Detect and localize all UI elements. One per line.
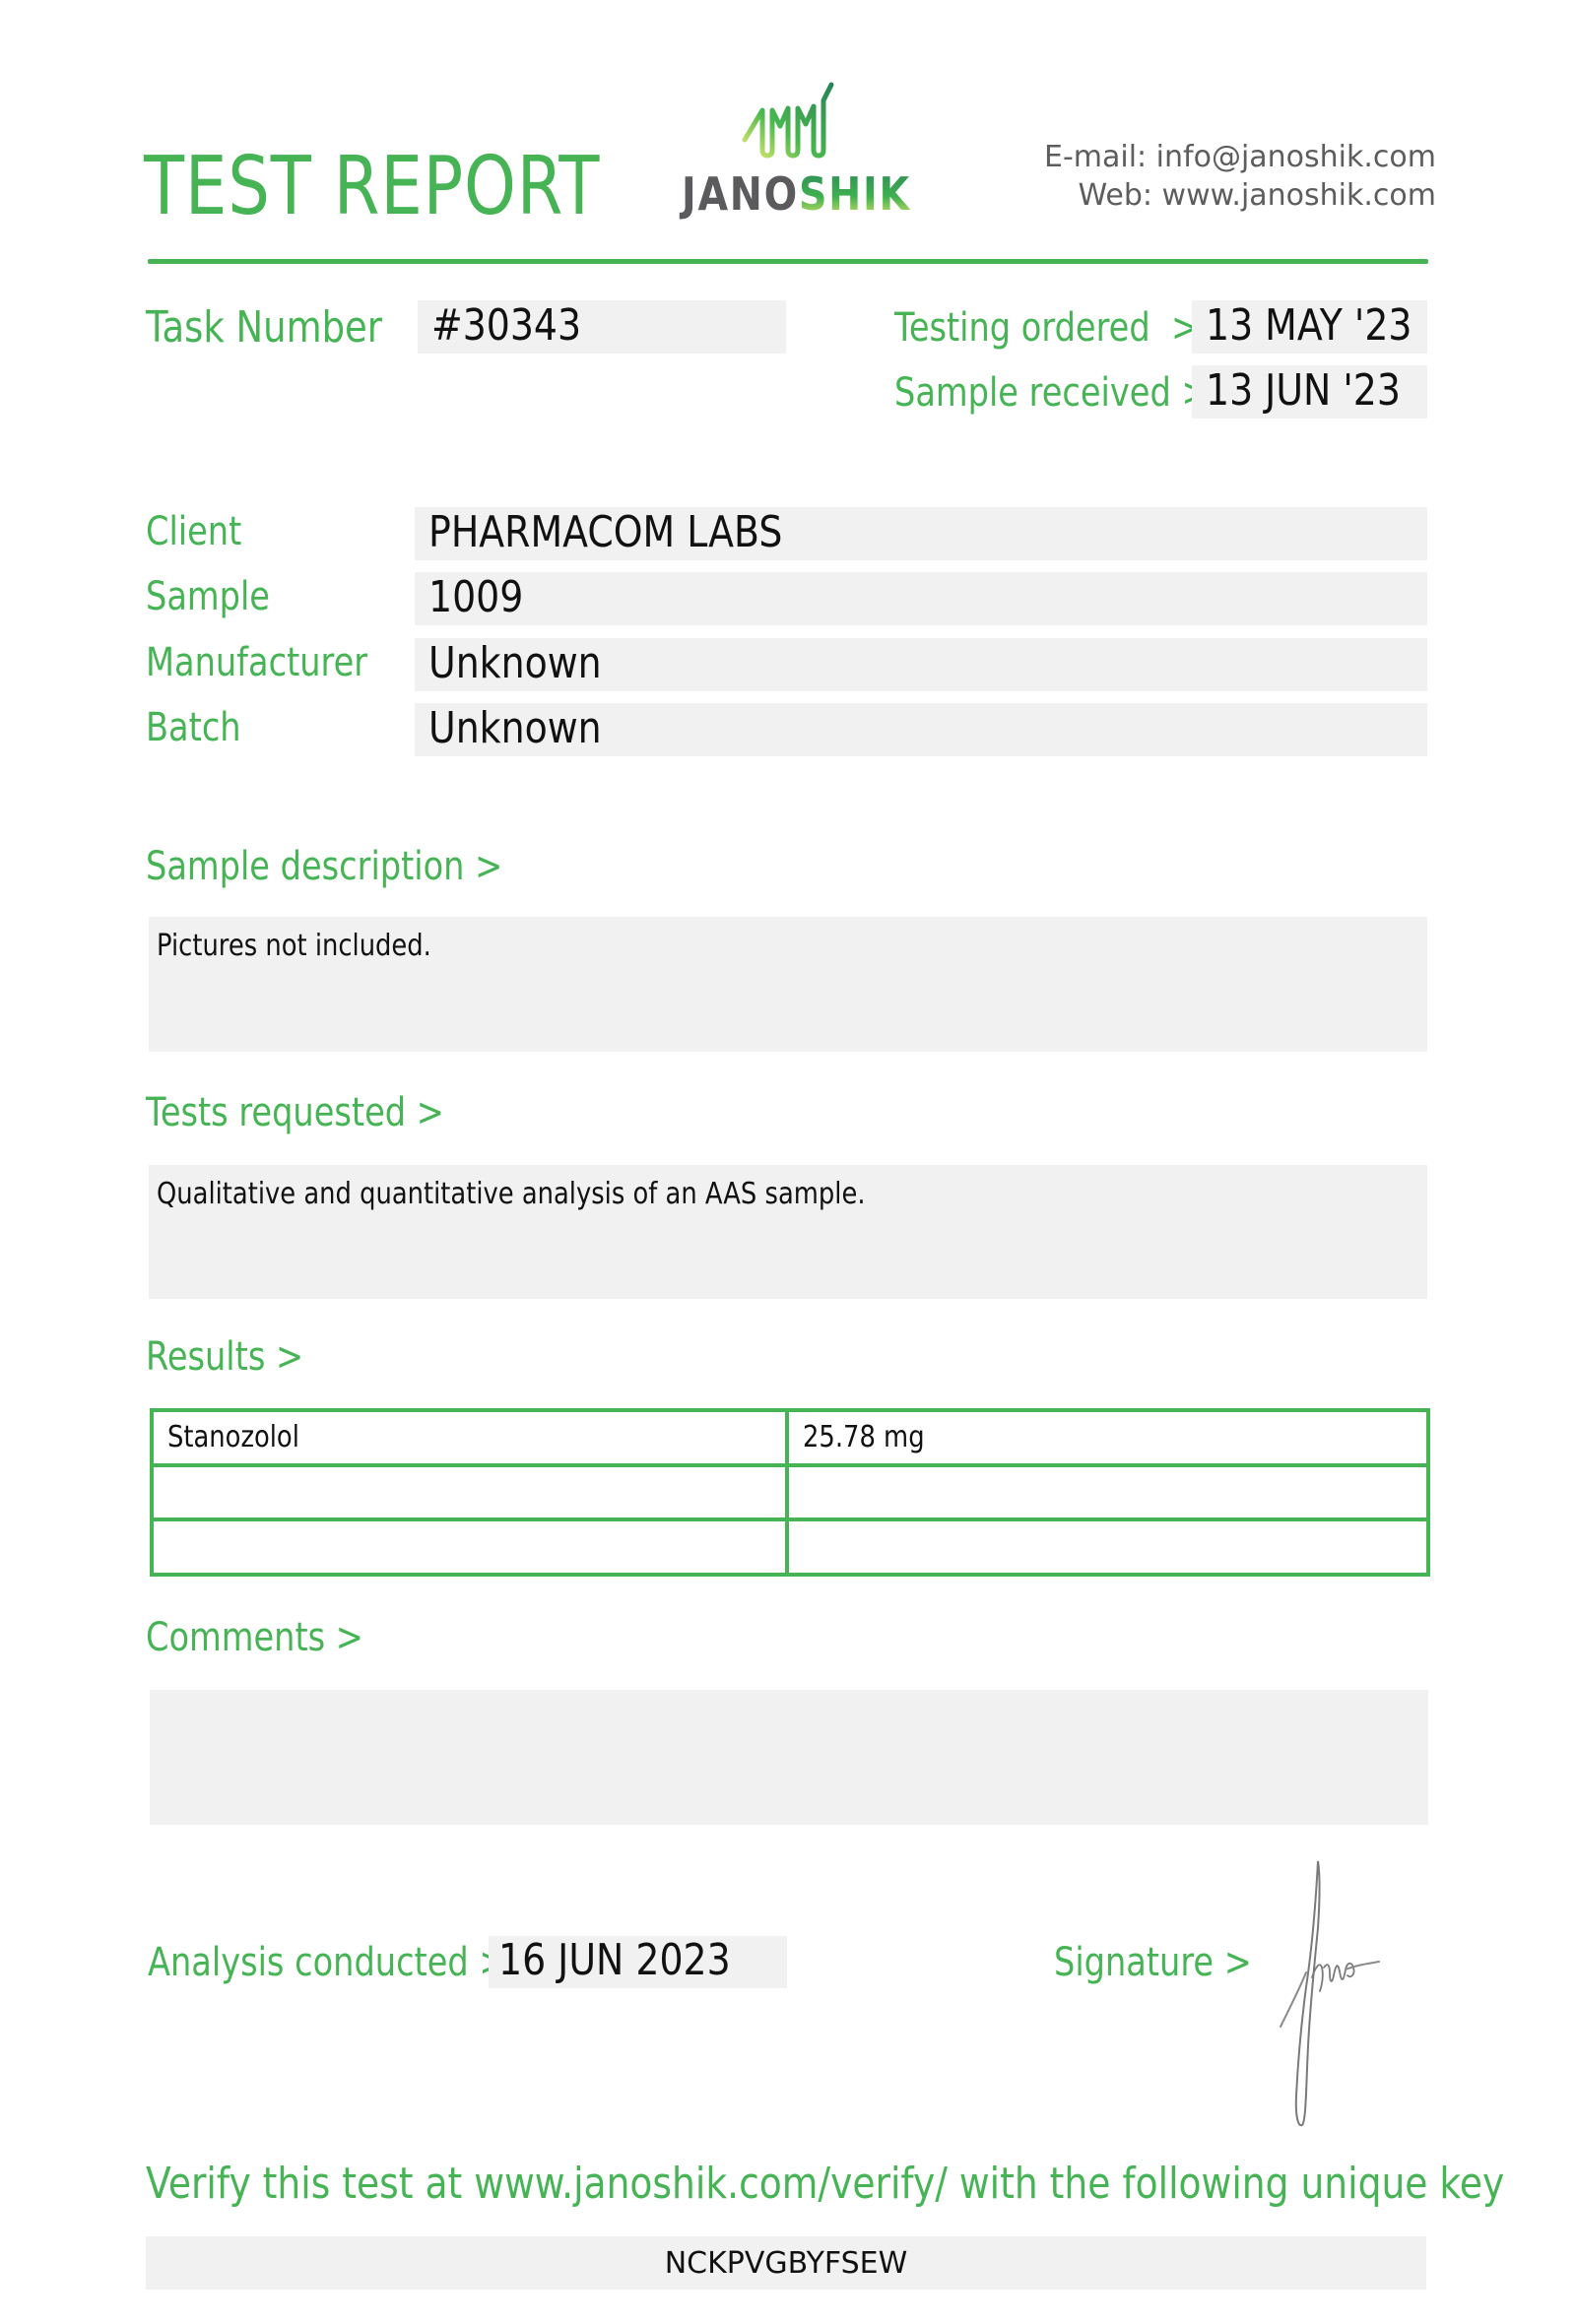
result-substance: Stanozolol <box>167 1420 299 1454</box>
task-number-field: #30343 <box>418 300 786 354</box>
contact-email[interactable]: E-mail: info@janoshik.com <box>1044 138 1436 176</box>
result-amount-cell <box>787 1519 1428 1575</box>
verify-key-value[interactable]: NCKPVGBYFSEW <box>146 2246 1426 2281</box>
table-row <box>152 1465 1428 1520</box>
analysis-conducted-label: Analysis conducted > <box>148 1940 507 1985</box>
sample-received-value: 13 JUN '23 <box>1206 365 1401 416</box>
result-amount-cell <box>787 1465 1428 1520</box>
manufacturer-label: Manufacturer <box>146 640 367 685</box>
client-field: PHARMACOM LABS <box>415 507 1427 560</box>
logo-text-dark: JANO <box>682 167 799 221</box>
sample-label: Sample <box>146 574 270 619</box>
batch-field: Unknown <box>415 703 1427 756</box>
page-title: TEST REPORT <box>144 140 600 233</box>
task-number-label: Task Number <box>146 302 382 353</box>
contact-web[interactable]: Web: www.janoshik.com <box>1044 176 1436 215</box>
header-divider <box>148 259 1428 264</box>
verify-key-field: NCKPVGBYFSEW <box>146 2236 1426 2290</box>
comments-box <box>150 1690 1428 1825</box>
tests-requested-box: Qualitative and quantitative analysis of… <box>149 1165 1427 1299</box>
batch-label: Batch <box>146 705 241 750</box>
sample-received-field: 13 JUN '23 <box>1192 365 1427 419</box>
signature-label: Signature > <box>1054 1940 1252 1985</box>
analysis-date-value: 16 JUN 2023 <box>498 1935 731 1985</box>
client-label: Client <box>146 509 241 554</box>
manufacturer-field: Unknown <box>415 638 1427 691</box>
verify-instruction: Verify this test at www.janoshik.com/ver… <box>146 2159 1504 2209</box>
testing-ordered-value: 13 MAY '23 <box>1206 300 1412 351</box>
tests-requested-text: Qualitative and quantitative analysis of… <box>157 1177 866 1211</box>
task-number-value: #30343 <box>431 300 581 351</box>
logo-text-light: SHIK <box>799 167 911 221</box>
janoshik-chart-logo-icon <box>741 81 835 161</box>
manufacturer-value: Unknown <box>428 638 602 688</box>
results-table: Stanozolol 25.78 mg <box>150 1408 1430 1577</box>
result-substance-cell: Stanozolol <box>152 1410 787 1465</box>
sample-received-label: Sample received > <box>894 370 1210 416</box>
result-amount: 25.78 mg <box>803 1420 925 1454</box>
table-row <box>152 1519 1428 1575</box>
results-heading: Results > <box>146 1334 303 1380</box>
result-substance-cell <box>152 1465 787 1520</box>
sample-description-heading: Sample description > <box>146 844 502 889</box>
result-amount-cell: 25.78 mg <box>787 1410 1428 1465</box>
client-value: PHARMACOM LABS <box>428 507 782 557</box>
sample-description-text: Pictures not included. <box>157 929 431 963</box>
testing-ordered-field: 13 MAY '23 <box>1192 300 1427 354</box>
handwritten-signature-icon <box>1277 1859 1385 2135</box>
table-row: Stanozolol 25.78 mg <box>152 1410 1428 1465</box>
contact-info: E-mail: info@janoshik.com Web: www.janos… <box>1044 138 1436 215</box>
logo-wordmark: JANOSHIK <box>682 167 911 221</box>
sample-value: 1009 <box>428 572 523 622</box>
analysis-date-field: 16 JUN 2023 <box>489 1936 787 1988</box>
tests-requested-heading: Tests requested > <box>146 1090 444 1135</box>
sample-field: 1009 <box>415 572 1427 625</box>
batch-value: Unknown <box>428 703 602 753</box>
testing-ordered-label: Testing ordered > <box>894 305 1199 351</box>
sample-description-box: Pictures not included. <box>149 917 1427 1052</box>
result-substance-cell <box>152 1519 787 1575</box>
comments-heading: Comments > <box>146 1615 363 1660</box>
